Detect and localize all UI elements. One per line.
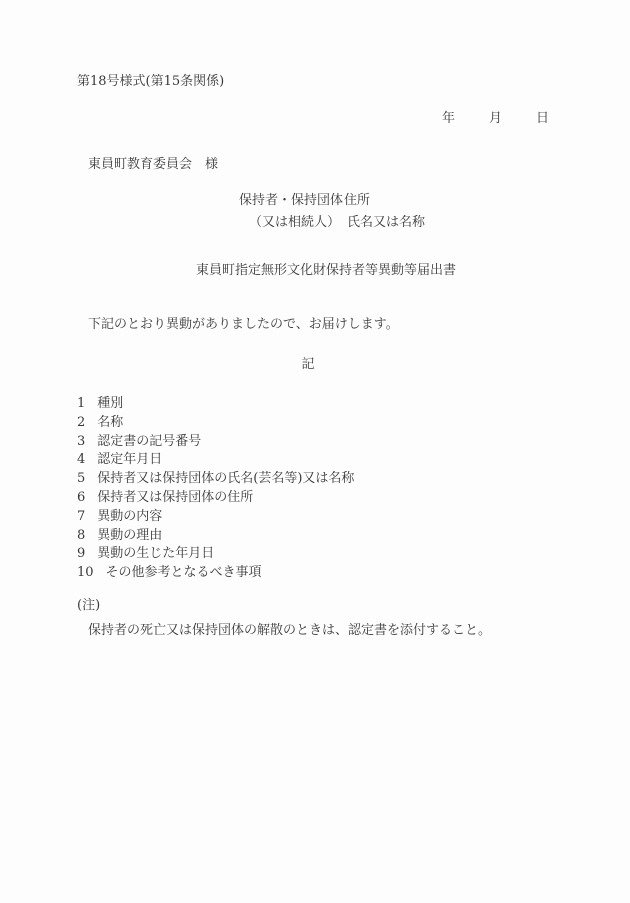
date-line: 年 月 日 (442, 110, 549, 128)
item-number: 3 (77, 433, 85, 451)
date-day-label: 日 (536, 110, 549, 128)
item-label: 種別 (97, 396, 123, 411)
item-number: 7 (77, 508, 85, 526)
ki-heading: 記 (301, 356, 314, 374)
item-label: 名称 (97, 415, 123, 430)
list-item: 5保持者又は保持団体の氏名(芸名等)又は名称 (77, 470, 354, 489)
item-label: その他参考となるべき事項 (106, 565, 262, 580)
note-text: 保持者の死亡又は保持団体の解散のときは、認定書を添付すること。 (88, 622, 491, 640)
addresser-name-label: 氏名又は名称 (347, 214, 425, 232)
item-label: 異動の内容 (97, 509, 162, 524)
intro-sentence: 下記のとおり異動がありましたので、お届けします。 (88, 316, 399, 334)
item-number: 5 (77, 470, 85, 488)
item-list: 1種別 2名称 3認定書の記号番号 4認定年月日 5保持者又は保持団体の氏名(芸… (77, 395, 354, 583)
addresser-address-label: 住所 (344, 192, 370, 210)
item-label: 保持者又は保持団体の住所 (97, 490, 253, 505)
item-label: 認定年月日 (97, 452, 162, 467)
list-item: 2名称 (77, 414, 354, 433)
list-item: 9異動の生じた年月日 (77, 545, 354, 564)
list-item: 4認定年月日 (77, 451, 354, 470)
form-number: 第18号様式(第15条関係) (77, 73, 224, 91)
item-number: 6 (77, 489, 85, 507)
list-item: 8異動の理由 (77, 527, 354, 546)
item-number: 8 (77, 527, 85, 545)
document-page: 第18号様式(第15条関係) 年 月 日 東員町教育委員会 様 保持者・保持団体… (0, 0, 630, 903)
list-item: 7異動の内容 (77, 508, 354, 527)
item-label: 異動の生じた年月日 (97, 546, 214, 561)
list-item: 6保持者又は保持団体の住所 (77, 489, 354, 508)
item-label: 認定書の記号番号 (97, 434, 201, 449)
item-number: 2 (77, 414, 85, 432)
list-item: 10その他参考となるべき事項 (77, 564, 354, 583)
item-number: 10 (77, 564, 94, 582)
list-item: 3認定書の記号番号 (77, 433, 354, 452)
recipient-line: 東員町教育委員会 様 (88, 156, 218, 174)
item-label: 保持者又は保持団体の氏名(芸名等)又は名称 (97, 471, 354, 486)
item-number: 4 (77, 451, 85, 469)
item-number: 1 (77, 395, 85, 413)
item-number: 9 (77, 545, 85, 563)
addresser-heir-label: （又は相続人） (249, 214, 340, 232)
note-header: (注) (77, 597, 100, 615)
addresser-holder-label: 保持者・保持団体 (239, 192, 343, 210)
document-title: 東員町指定無形文化財保持者等異動等届出書 (196, 262, 456, 280)
item-label: 異動の理由 (97, 528, 162, 543)
date-year-label: 年 (442, 110, 455, 128)
list-item: 1種別 (77, 395, 354, 414)
date-month-label: 月 (489, 110, 502, 128)
